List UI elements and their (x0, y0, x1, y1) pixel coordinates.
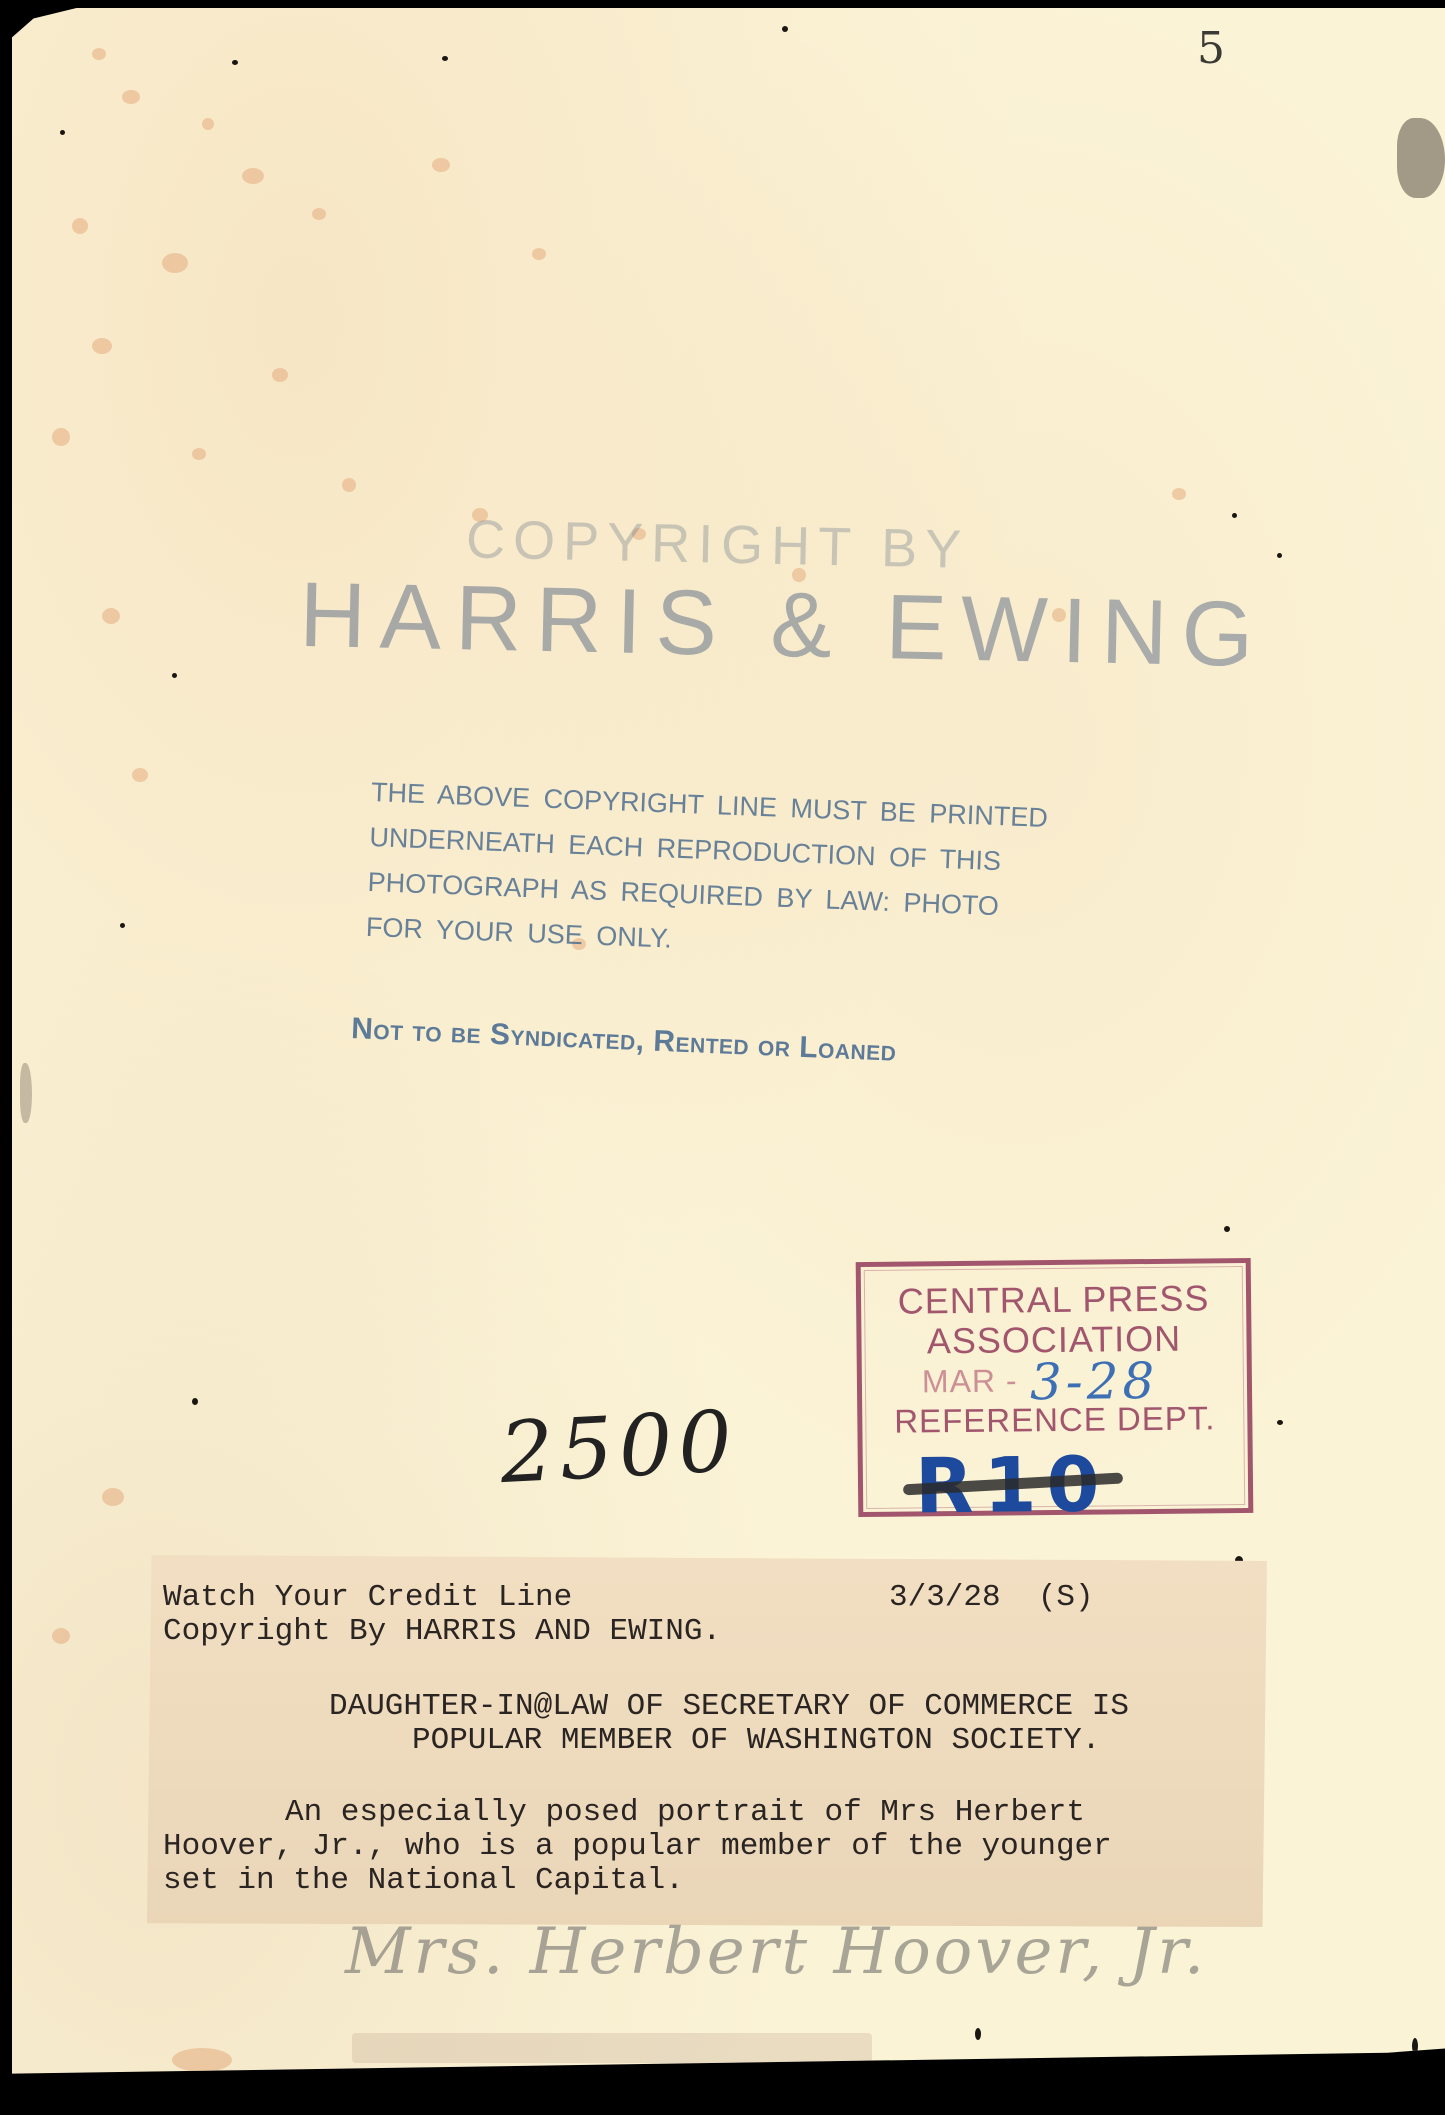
ink-smudge (1397, 118, 1445, 198)
speck (1224, 1226, 1230, 1232)
water-stain (352, 2033, 872, 2063)
pencil-annotation: Mrs. Herbert Hoover, Jr. (345, 1915, 1207, 1989)
speck (120, 923, 125, 928)
credit-line: Watch Your Credit Line (163, 1581, 572, 1615)
foxing-spot (532, 248, 546, 260)
speck (1232, 513, 1237, 518)
ink-smudge (20, 1063, 32, 1123)
speck (172, 673, 177, 678)
central-press-stamp: CENTRAL PRESS ASSOCIATION MAR - 3-28 REF… (856, 1258, 1254, 1517)
caption-date: 3/3/28 (S) (889, 1581, 1094, 1615)
foxing-spot (52, 428, 70, 446)
foxing-spot (132, 768, 148, 782)
department-label: REFERENCE DEPT. (862, 1399, 1247, 1441)
foxing-spot (1172, 488, 1186, 500)
foxing-spot (172, 2048, 232, 2072)
foxing-spot (52, 1628, 70, 1644)
foxing-spot (242, 168, 264, 184)
foxing-spot (342, 478, 356, 492)
foxing-spot (92, 338, 112, 354)
handwritten-number: 2500 (498, 1392, 741, 1502)
copyright-notice-stamp: THE ABOVE COPYRIGHT LINE MUST BE PRINTED… (365, 770, 1031, 975)
foxing-spot (102, 608, 120, 624)
speck (1277, 1420, 1283, 1425)
foxing-spot (432, 158, 450, 172)
corner-marks: 5 (1197, 23, 1243, 74)
foxing-spot (102, 1488, 124, 1506)
foxing-spot (122, 90, 140, 104)
speck (192, 1398, 198, 1405)
foxing-spot (162, 253, 188, 273)
speck (782, 26, 788, 32)
foxing-spot (312, 208, 326, 220)
speck (232, 60, 238, 65)
body-line: set in the National Capital. (163, 1864, 684, 1898)
headline-line: POPULAR MEMBER OF WASHINGTON SOCIETY. (412, 1724, 1100, 1758)
foxing-spot (202, 118, 214, 130)
speck (442, 56, 448, 61)
copyright-stamp-studio: HARRIS & EWING (298, 563, 1268, 688)
foxing-spot (192, 448, 206, 460)
foxing-spot (92, 48, 106, 60)
speck (975, 2028, 981, 2040)
body-line: Hoover, Jr., who is a popular member of … (163, 1830, 1112, 1864)
headline-line: DAUGHTER-IN@LAW OF SECRETARY OF COMMERCE… (329, 1690, 1129, 1724)
copyright-line: Copyright By HARRIS AND EWING. (163, 1615, 721, 1649)
foxing-spot (272, 368, 288, 382)
speck (1277, 553, 1282, 558)
foxing-spot (72, 218, 88, 234)
copyright-stamp: COPYRIGHT BY HARRIS & EWING (298, 505, 1269, 688)
speck (60, 130, 65, 135)
typed-caption-slip: Watch Your Credit Line 3/3/28 (S) Copyri… (147, 1555, 1267, 1927)
body-line: An especially posed portrait of Mrs Herb… (285, 1796, 1085, 1830)
agency-name-line1: CENTRAL PRESS (861, 1277, 1246, 1323)
speck (1412, 2038, 1418, 2054)
